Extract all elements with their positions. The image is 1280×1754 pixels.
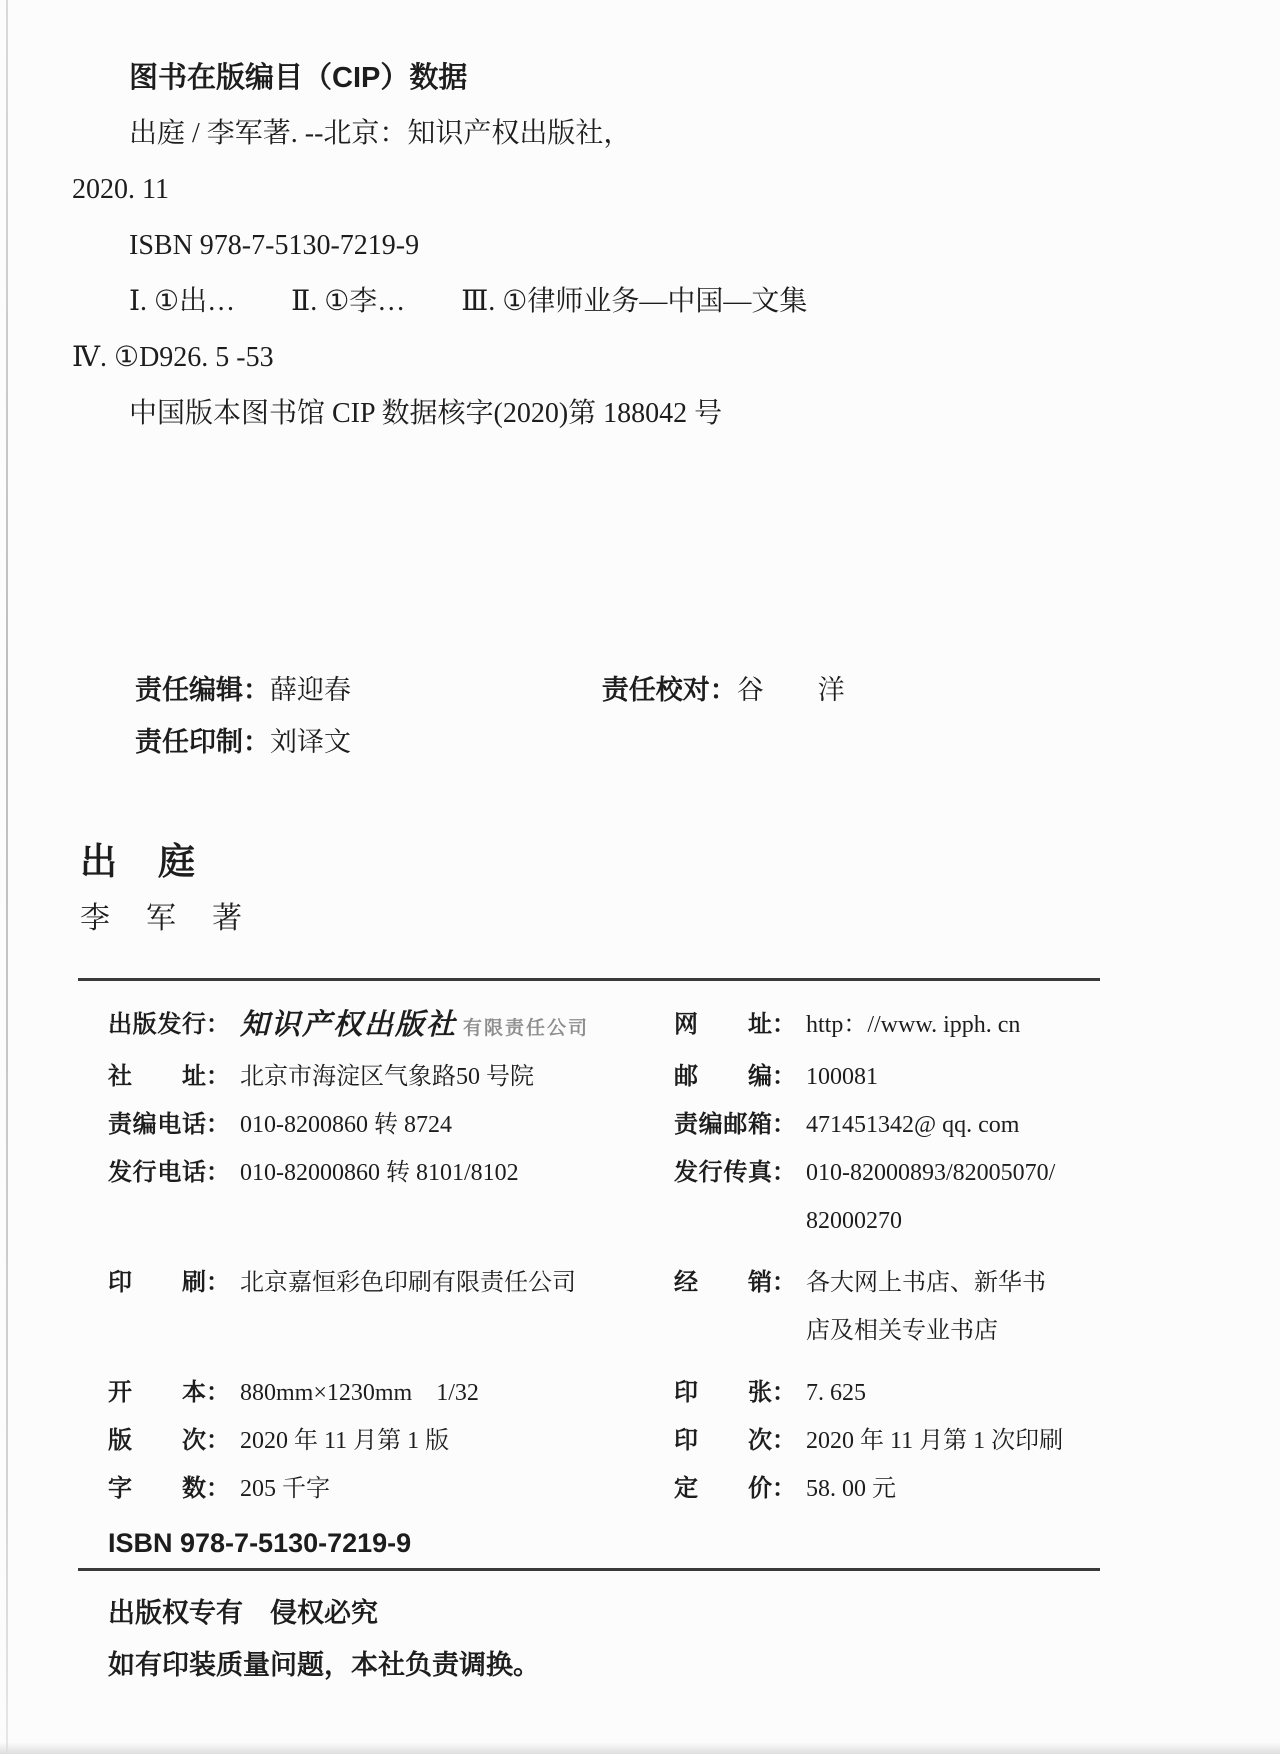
colophon-row-format: 开本： 880mm×1230mm 1/32 印张： 7. 625 xyxy=(78,1369,1100,1417)
address-label: 社址 xyxy=(108,1053,206,1101)
website-cell: 网址： http：//www. ipph. cn xyxy=(674,1001,1100,1049)
print-supervisor-name: 刘译文 xyxy=(270,727,351,757)
cip-classification-line: Ⅳ. ①D926. 5 -53 xyxy=(72,330,1052,386)
colophon-row-publisher: 出版发行： 知识产权出版社有限责任公司 网址： http：//www. ipph… xyxy=(78,1001,1100,1053)
edition-label: 版次 xyxy=(108,1417,206,1465)
value-line: 010-8200860 转 8724 xyxy=(240,1101,452,1149)
impression-label: 印次 xyxy=(674,1417,772,1465)
editor-name: 薛迎春 xyxy=(270,675,351,705)
value-line: 2020 年 11 月第 1 版 xyxy=(240,1417,449,1465)
distributor-label: 经销 xyxy=(674,1259,772,1307)
postcode-cell: 邮编： 100081 xyxy=(674,1053,1100,1101)
value-line: 58. 00 元 xyxy=(806,1465,896,1513)
publisher-name: 知识产权出版社 xyxy=(240,1009,457,1041)
colon: ： xyxy=(206,1465,230,1513)
scan-edge-left xyxy=(6,0,8,1754)
colophon-row-printer: 印刷： 北京嘉恒彩色印刷有限责任公司 经销： 各大网上书店、新华书 店及相关专业… xyxy=(78,1259,1100,1355)
sales-phone-label: 发行电话 xyxy=(108,1149,206,1197)
colophon-row-sales-phone: 发行电话： 010-82000860 转 8101/8102 发行传真： 010… xyxy=(78,1149,1100,1245)
sheets-cell: 印张： 7. 625 xyxy=(674,1369,1100,1417)
colon: ： xyxy=(206,1053,230,1101)
book-author: 李 军 著 xyxy=(80,898,245,940)
publisher-suffix: 有限责任公司 xyxy=(463,1018,589,1039)
staff-row: 责任印制：刘译文 xyxy=(135,716,1135,768)
value-line: 100081 xyxy=(806,1053,878,1101)
impression-cell: 印次： 2020 年 11 月第 1 次印刷 xyxy=(674,1417,1100,1465)
address-cell: 社址： 北京市海淀区气象路50 号院 xyxy=(108,1053,674,1101)
distributor-value: 各大网上书店、新华书 店及相关专业书店 xyxy=(806,1259,1046,1355)
sales-phone-value: 010-82000860 转 8101/8102 xyxy=(240,1149,519,1197)
colon: ： xyxy=(772,1369,796,1417)
value-line: 205 千字 xyxy=(240,1465,330,1513)
staff-print-supervisor: 责任印制：刘译文 xyxy=(135,716,595,768)
cip-isbn-line: ISBN 978-7-5130-7219-9 xyxy=(72,218,1052,274)
cip-header: 图书在版编目（CIP）数据 xyxy=(72,50,1052,106)
value-line: 010-82000860 转 8101/8102 xyxy=(240,1149,519,1197)
edition-value: 2020 年 11 月第 1 版 xyxy=(240,1417,449,1465)
wordcount-label: 字数 xyxy=(108,1465,206,1513)
proofreader-name: 谷 洋 xyxy=(737,675,845,705)
editor-phone-value: 010-8200860 转 8724 xyxy=(240,1101,452,1149)
editor-label: 责任编辑： xyxy=(135,675,270,705)
postcode-label: 邮编 xyxy=(674,1053,772,1101)
impression-value: 2020 年 11 月第 1 次印刷 xyxy=(806,1417,1063,1465)
value-line: 店及相关专业书店 xyxy=(806,1307,1046,1355)
sales-phone-cell: 发行电话： 010-82000860 转 8101/8102 xyxy=(108,1149,674,1197)
staff-proofreader: 责任校对：谷 洋 xyxy=(602,664,845,716)
book-title: 出 庭 xyxy=(80,840,245,884)
value-line: 各大网上书店、新华书 xyxy=(806,1259,1046,1307)
website-label: 网址 xyxy=(674,1001,772,1049)
editor-email-label: 责编邮箱 xyxy=(674,1101,772,1149)
value-line: 北京市海淀区气象路50 号院 xyxy=(240,1053,534,1101)
address-value: 北京市海淀区气象路50 号院 xyxy=(240,1053,534,1101)
colon: ： xyxy=(772,1149,796,1197)
colophon-row-address: 社址： 北京市海淀区气象路50 号院 邮编： 100081 xyxy=(78,1053,1100,1101)
cip-record-line: 中国版本图书馆 CIP 数据核字(2020)第 188042 号 xyxy=(72,386,1052,442)
value-line: 82000270 xyxy=(806,1197,1055,1245)
colophon-row-wordcount: 字数： 205 千字 定价： 58. 00 元 xyxy=(78,1465,1100,1513)
sheets-label: 印张 xyxy=(674,1369,772,1417)
value-line: 2020 年 11 月第 1 次印刷 xyxy=(806,1417,1063,1465)
colon: ： xyxy=(206,1417,230,1465)
colon: ： xyxy=(206,1101,230,1149)
proofreader-label: 责任校对： xyxy=(602,675,737,705)
staff-row: 责任编辑：薛迎春 责任校对：谷 洋 xyxy=(135,664,1135,716)
staff-block: 责任编辑：薛迎春 责任校对：谷 洋 责任印制：刘译文 xyxy=(135,664,1135,768)
scan-edge-bottom xyxy=(0,1742,1280,1754)
format-label: 开本 xyxy=(108,1369,206,1417)
colon: ： xyxy=(206,1149,230,1197)
cip-line: 出庭 / 李军著. --北京：知识产权出版社， xyxy=(72,106,1052,162)
format-value: 880mm×1230mm 1/32 xyxy=(240,1369,479,1417)
wordcount-value: 205 千字 xyxy=(240,1465,330,1513)
colon: ： xyxy=(206,1259,230,1307)
colophon-row-edition: 版次： 2020 年 11 月第 1 版 印次： 2020 年 11 月第 1 … xyxy=(78,1417,1100,1465)
value-line: 880mm×1230mm 1/32 xyxy=(240,1369,479,1417)
price-label: 定价 xyxy=(674,1465,772,1513)
value-line: 北京嘉恒彩色印刷有限责任公司 xyxy=(240,1259,576,1307)
editor-phone-cell: 责编电话： 010-8200860 转 8724 xyxy=(108,1101,674,1149)
cip-classification-line: Ⅰ. ①出… Ⅱ. ①李… Ⅲ. ①律师业务—中国—文集 xyxy=(72,274,1052,330)
colon: ： xyxy=(772,1259,796,1307)
footer-block: 出版权专有 侵权必究 如有印装质量问题，本社负责调换。 xyxy=(78,1568,1100,1691)
colon: ： xyxy=(772,1417,796,1465)
price-value: 58. 00 元 xyxy=(806,1465,896,1513)
editor-email-cell: 责编邮箱： 471451342@ qq. com xyxy=(674,1101,1100,1149)
distributor-cell: 经销： 各大网上书店、新华书 店及相关专业书店 xyxy=(674,1259,1100,1355)
publisher-label: 出版发行 xyxy=(108,1001,206,1049)
isbn-footer: ISBN 978-7-5130-7219-9 xyxy=(78,1521,1100,1565)
printer-cell: 印刷： 北京嘉恒彩色印刷有限责任公司 xyxy=(108,1259,674,1307)
publisher-cell: 出版发行： 知识产权出版社有限责任公司 xyxy=(108,1001,674,1053)
colon: ： xyxy=(772,1001,796,1049)
fax-label: 发行传真 xyxy=(674,1149,772,1197)
fax-cell: 发行传真： 010-82000893/82005070/ 82000270 xyxy=(674,1149,1100,1245)
editor-email-value: 471451342@ qq. com xyxy=(806,1101,1019,1149)
quality-notice: 如有印装质量问题，本社负责调换。 xyxy=(78,1639,1100,1691)
colophon-block: 出版发行： 知识产权出版社有限责任公司 网址： http：//www. ipph… xyxy=(78,978,1100,1565)
wordcount-cell: 字数： 205 千字 xyxy=(108,1465,674,1513)
value-line: http：//www. ipph. cn xyxy=(806,1001,1020,1049)
publisher-value: 知识产权出版社有限责任公司 xyxy=(240,1001,589,1053)
editor-phone-label: 责编电话 xyxy=(108,1101,206,1149)
website-value: http：//www. ipph. cn xyxy=(806,1001,1020,1049)
cip-block: 图书在版编目（CIP）数据 出庭 / 李军著. --北京：知识产权出版社， 20… xyxy=(72,50,1052,442)
cip-line: 2020. 11 xyxy=(72,162,1052,218)
colon: ： xyxy=(772,1465,796,1513)
value-line: 471451342@ qq. com xyxy=(806,1101,1019,1149)
colon: ： xyxy=(772,1101,796,1149)
value-line: 7. 625 xyxy=(806,1369,866,1417)
colophon-row-editor-phone: 责编电话： 010-8200860 转 8724 责编邮箱： 471451342… xyxy=(78,1101,1100,1149)
printer-value: 北京嘉恒彩色印刷有限责任公司 xyxy=(240,1259,576,1307)
book-copyright-page: { "cip": { "header": "图书在版编目（CIP）数据", "l… xyxy=(0,0,1280,1754)
edition-cell: 版次： 2020 年 11 月第 1 版 xyxy=(108,1417,674,1465)
format-cell: 开本： 880mm×1230mm 1/32 xyxy=(108,1369,674,1417)
copyright-notice: 出版权专有 侵权必究 xyxy=(78,1587,1100,1639)
colon: ： xyxy=(206,1369,230,1417)
price-cell: 定价： 58. 00 元 xyxy=(674,1465,1100,1513)
colon: ： xyxy=(206,1001,230,1049)
title-block: 出 庭 李 军 著 xyxy=(80,840,245,940)
colon: ： xyxy=(772,1053,796,1101)
value-line: 010-82000893/82005070/ xyxy=(806,1149,1055,1197)
staff-editor: 责任编辑：薛迎春 xyxy=(135,664,595,716)
sheets-value: 7. 625 xyxy=(806,1369,866,1417)
print-supervisor-label: 责任印制： xyxy=(135,727,270,757)
fax-value: 010-82000893/82005070/ 82000270 xyxy=(806,1149,1055,1245)
printer-label: 印刷 xyxy=(108,1259,206,1307)
postcode-value: 100081 xyxy=(806,1053,878,1101)
